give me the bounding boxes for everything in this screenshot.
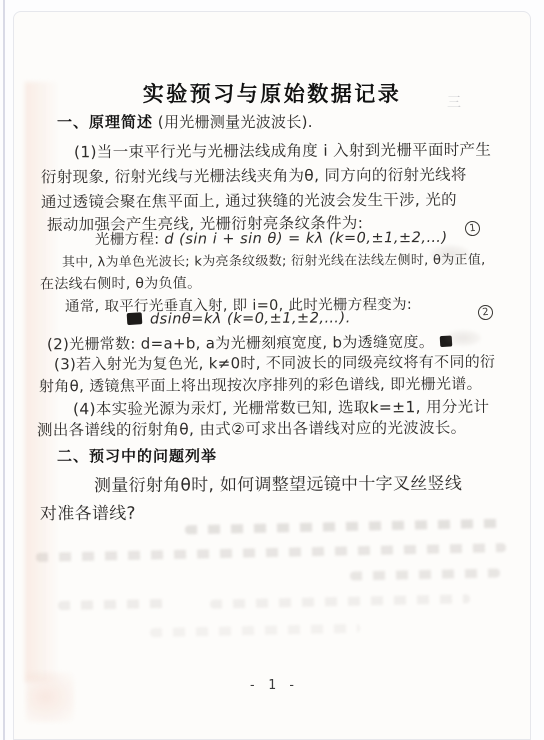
grating-constant-text: (2)光栅常数: d=a+b, a为光栅刻痕宽度, b为透缝宽度。 [47, 333, 434, 353]
principle-line-9: (3)若入射光为复色光, k≠0时, 不同波长的同级亮纹将有不同的衍 [54, 351, 495, 375]
question-line-1: 测量衍射角θ时, 如何调整望远镜中十字叉丝竖线 [94, 469, 462, 496]
scan-edge-line [3, 0, 5, 740]
bleedthrough-margin-mark: 三 [447, 92, 461, 112]
page-number: - 1 - [14, 678, 532, 693]
bleedthrough-smudge [430, 245, 470, 263]
grating-equation-1: 光栅方程: d (sin i + sin θ) = kλ (k=0,±1,±2,… [95, 226, 448, 249]
equation2-formula: dsinθ=kλ (k=0,±1,±2,…). [150, 310, 351, 327]
equation1-label: 光栅方程: [95, 232, 159, 248]
principle-line-6: 在法线右侧时, θ为负值。 [40, 273, 201, 294]
principle-line-5: 其中, λ为单色光波长; k为亮条纹级数; 衍射光线在法线左侧时, θ为正值, [62, 249, 486, 271]
page-title: 实验预习与原始数据记录 [0, 78, 544, 108]
section2-heading: 二、预习中的问题列举 [57, 445, 217, 466]
bleedthrough-smudge [445, 330, 481, 346]
principle-line-1: (1)当一束平行光与光栅法线成角度 i 入射到光栅平面时产生 [74, 138, 491, 163]
section1-heading: 一、原理简述 [57, 114, 153, 131]
principle-line-10: 射角θ, 透镜焦平面上将出现按次序排列的彩色谱线, 即光栅光谱。 [39, 373, 482, 397]
principle-line-3: 通过透镜会聚在焦平面上, 通过狭缝的光波会发生干涉, 光的 [41, 188, 457, 213]
section1-heading-row: 一、原理简述 (用光栅测量光波波长). [57, 111, 313, 132]
principle-line-2: 衍射现象, 衍射光线与光栅法线夹角为θ, 同方向的衍射光线将 [41, 163, 467, 188]
scanned-document-canvas: - 1 - 实验预习与原始数据记录 三 一、原理简述 (用光栅测量光波波长). … [0, 0, 544, 740]
grating-equation-2: dsinθ=kλ (k=0,±1,±2,…). [127, 310, 351, 327]
question-line-2: 对准各谱线? [40, 499, 136, 525]
principle-line-12: 测出各谱线的衍射角θ, 由式②可求出各谱线对应的光波波长。 [37, 416, 467, 441]
scribble-blot [127, 312, 143, 325]
section1-heading-note: (用光栅测量光波波长). [158, 113, 313, 131]
equation1-formula: d (sin i + sin θ) = kλ (k=0,±1,±2,…) [164, 230, 447, 248]
